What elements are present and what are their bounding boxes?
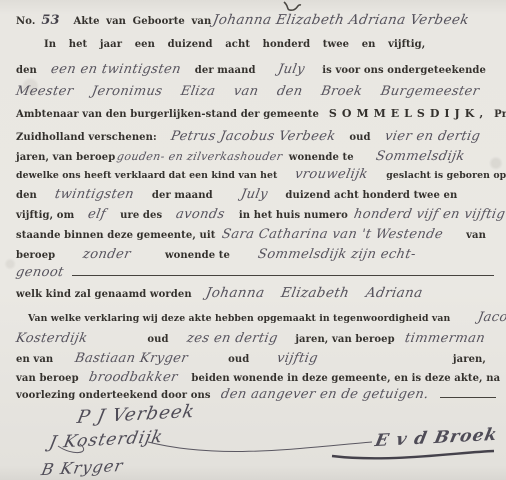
year-cont-text: duizend acht honderd twee en [285, 190, 457, 201]
der-maand-label: der maand [195, 65, 256, 76]
father-name: Petrus Jacobus Verbeek [169, 129, 336, 144]
house-number: honderd vijf en vijftig [353, 207, 506, 222]
act-number: 53 [41, 13, 59, 28]
registrar-text: Ambtenaar van den burgerlijken-stand der… [16, 109, 319, 120]
line-birth-time: vijftig, om elf ure des avonds in het hu… [0, 207, 506, 227]
en-van-label: en van [16, 354, 53, 365]
jaren-label: jaren, [453, 354, 486, 365]
van-label: van [466, 230, 486, 241]
father-residence: Sommelsdijk [374, 149, 465, 164]
line-witness2: en van Bastiaan Kryger oud vijftig jaren… [0, 351, 506, 371]
witness2-age: vijftig [276, 351, 320, 366]
registration-month: July [276, 62, 305, 77]
line-witness-intro: Van welke verklaring wij deze akte hebbe… [0, 310, 506, 330]
line-year: In het jaar een duizend acht honderd twe… [0, 39, 506, 59]
birth-month: July [239, 187, 268, 202]
den-label: den [16, 190, 37, 201]
mother-residence: Sommelsdijk zijn echt- [257, 247, 417, 262]
signature-declarant: P J Verbeek [75, 401, 197, 428]
der-maand-label: der maand [152, 190, 213, 201]
witness1-age: zes en dertig [185, 331, 278, 346]
mother-occupation: zonder [82, 247, 132, 262]
fill-rule [72, 275, 494, 276]
jaren-beroep-label: jaren, van beroep [16, 152, 115, 163]
jaren-beroep-label: jaren, van beroep [295, 334, 394, 345]
signature-witness1: J Kosterdijk [47, 427, 165, 453]
ure-des-label: ure des [120, 210, 162, 221]
closing-text: beiden wonende in deze gemeente, en is d… [191, 373, 500, 384]
birth-time-of-day: avonds [175, 207, 226, 222]
house-label: in het huis numero [239, 210, 348, 221]
den-label: den [16, 65, 37, 76]
genoot-text: genoot [15, 265, 65, 280]
birth-hour: elf [87, 207, 108, 222]
geslacht-text: geslacht is geboren op [386, 170, 506, 181]
line-father-occupation: jaren, van beroep gouden- en zilverkasho… [0, 149, 506, 169]
child-given-names: Johanna Elizabeth Adriana [204, 285, 423, 301]
line-official-name: Meester Jeronimus Eliza van den Broek Bu… [0, 84, 506, 104]
line-child-name: welk kind zal genaamd worden Johanna Eli… [0, 285, 506, 305]
father-occupation: gouden- en zilverkashouder [116, 150, 284, 163]
year-text: In het jaar een duizend acht honderd twe… [44, 39, 425, 50]
wonende-te-label: wonende te [289, 152, 354, 163]
signature-witness2: B Kryger [40, 456, 126, 479]
line-act-header: No. 53 Akte van Geboorte van Johanna Eli… [0, 12, 506, 32]
van-beroep-label: van beroep [16, 373, 79, 384]
line-genoot: genoot [0, 265, 506, 285]
witness1-first-name: Jacob [477, 310, 506, 325]
witness-intro-text: Van welke verklaring wij deze akte hebbe… [28, 313, 450, 324]
fifty-om-text: vijftig, om [16, 210, 74, 221]
oud-label: oud [147, 334, 168, 345]
line-registrar: Ambtenaar van den burgerlijken-stand der… [0, 107, 506, 127]
witness2-occupation: broodbakker [87, 370, 178, 385]
father-age: vier en dertig [383, 129, 481, 144]
province-label: Provincie [494, 109, 506, 120]
line-declaration: dewelke ons heeft verklaard dat een kind… [0, 167, 506, 187]
mother-name: Sara Catharina van 't Westende [220, 227, 444, 242]
ink-mark [284, 2, 301, 10]
line-birth-date: den twintigsten der maand July duizend a… [0, 187, 506, 207]
standing-text: staande binnen deze gemeente, uit [16, 230, 216, 241]
child-gender: vrouwelijk [294, 167, 369, 182]
municipality-name: SOMMELSDIJK, [329, 107, 488, 120]
province-appeared-text: Zuidholland verschenen: [16, 132, 157, 143]
line-father: Zuidholland verschenen: Petrus Jacobus V… [0, 129, 506, 149]
registration-day: een en twintigsten [50, 62, 182, 77]
child-name-header: Johanna Elizabeth Adriana Verbeek [212, 12, 471, 28]
naming-text: welk kind zal genaamd worden [16, 289, 192, 300]
birth-day: twintigsten [54, 187, 136, 202]
wonende-te-label: wonende te [165, 250, 230, 261]
before-us-text: is voor ons ondergeteekende [322, 65, 486, 76]
witness2-name: Bastiaan Kryger [74, 351, 190, 366]
beroep-label: beroep [16, 250, 55, 261]
line-registration-date: den een en twintigsten der maand July is… [0, 62, 506, 82]
line-witness1: Kosterdijk oud zes en dertig jaren, van … [0, 331, 506, 351]
witness1-last-name: Kosterdijk [15, 331, 89, 346]
oud-label: oud [349, 132, 370, 143]
signature-block: P J Verbeek J Kosterdijk B Kryger E v d … [0, 396, 506, 480]
act-title: Akte van Geboorte van [74, 16, 212, 27]
birth-certificate-scan: No. 53 Akte van Geboorte van Johanna Eli… [0, 0, 506, 480]
line-mother-occupation: beroep zonder wonende te Sommelsdijk zij… [0, 247, 506, 267]
act-number-label: No. [16, 16, 35, 27]
line-mother: staande binnen deze gemeente, uit Sara C… [0, 227, 506, 247]
signature-official: E v d Broek [373, 425, 499, 451]
official-name: Meester Jeronimus Eliza van den Broek Bu… [15, 84, 481, 99]
declaration-text: dewelke ons heeft verklaard dat een kind… [16, 170, 277, 181]
witness1-occupation: timmerman [403, 331, 486, 346]
oud-label: oud [228, 354, 249, 365]
